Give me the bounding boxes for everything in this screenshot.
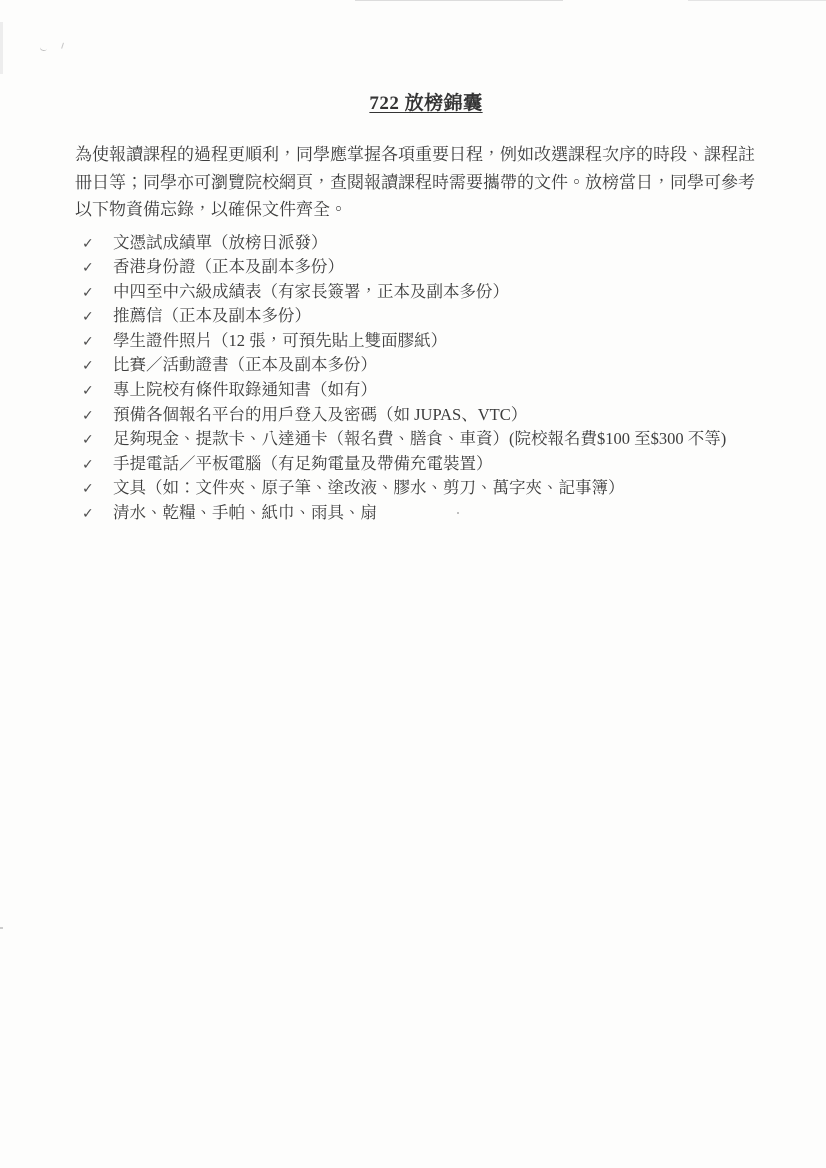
checklist-item: ✓ 清水、乾糧、手帕、紙巾、雨具、扇 bbox=[75, 501, 795, 526]
supplies-checklist: ✓ 文憑試成績單（放榜日派發） ✓ 香港身份證（正本及副本多份） ✓ 中四至中六… bbox=[75, 231, 795, 526]
checkmark-icon: ✓ bbox=[82, 502, 94, 527]
checkmark-icon: ✓ bbox=[82, 354, 94, 379]
checklist-item: ✓ 手提電話／平板電腦（有足夠電量及帶備充電裝置） bbox=[75, 452, 795, 477]
checklist-item-text: 香港身份證（正本及副本多份） bbox=[113, 257, 344, 276]
checklist-item: ✓ 香港身份證（正本及副本多份） bbox=[75, 255, 795, 280]
checkmark-icon: ✓ bbox=[82, 428, 94, 453]
intro-paragraph: 為使報讀課程的過程更順利，同學應掌握各項重要日程，例如改選課程次序的時段、課程註… bbox=[75, 141, 755, 224]
checklist-item: ✓ 預備各個報名平台的用戶登入及密碼（如 JUPAS、VTC） bbox=[75, 403, 795, 428]
checklist-item-text: 文具（如：文件夾、原子筆、塗改液、膠水、剪刀、萬字夾、記事簿） bbox=[113, 478, 625, 497]
checkmark-icon: ✓ bbox=[82, 379, 94, 404]
checklist-item-text: 清水、乾糧、手帕、紙巾、雨具、扇 bbox=[113, 503, 377, 522]
scan-artifact-speck bbox=[0, 927, 3, 929]
checklist-item: ✓ 文憑試成績單（放榜日派發） bbox=[75, 231, 795, 256]
checkmark-icon: ✓ bbox=[82, 477, 94, 502]
checklist-item: ✓ 足夠現金、提款卡、八達通卡（報名費、膳食、車資）(院校報名費$100 至$3… bbox=[75, 427, 795, 452]
checklist-item-text: 預備各個報名平台的用戶登入及密碼（如 JUPAS、VTC） bbox=[113, 405, 527, 424]
checkmark-icon: ✓ bbox=[82, 256, 94, 281]
checkmark-icon: ✓ bbox=[82, 453, 94, 478]
checklist-item-text: 學生證件照片（12 張，可預先貼上雙面膠紙） bbox=[113, 331, 447, 350]
checkmark-icon: ✓ bbox=[82, 232, 94, 257]
checklist-item: ✓ 中四至中六級成績表（有家長簽署，正本及副本多份） bbox=[75, 280, 795, 305]
page-title: 722 放榜錦囊 bbox=[13, 0, 826, 115]
checklist-item-text: 中四至中六級成績表（有家長簽署，正本及副本多份） bbox=[113, 282, 509, 301]
checklist-item-text: 文憑試成績單（放榜日派發） bbox=[113, 233, 328, 252]
checkmark-icon: ✓ bbox=[82, 330, 94, 355]
page-title-text: 722 放榜錦囊 bbox=[369, 93, 482, 114]
checklist-item-text: 手提電話／平板電腦（有足夠電量及帶備充電裝置） bbox=[113, 454, 493, 473]
scanned-document-page: 722 放榜錦囊 為使報讀課程的過程更順利，同學應掌握各項重要日程，例如改選課程… bbox=[0, 0, 826, 1168]
checklist-item: ✓ 推薦信（正本及副本多份） bbox=[75, 304, 795, 329]
checklist-item: ✓ 文具（如：文件夾、原子筆、塗改液、膠水、剪刀、萬字夾、記事簿） bbox=[75, 476, 795, 501]
checklist-item: ✓ 學生證件照片（12 張，可預先貼上雙面膠紙） bbox=[75, 329, 795, 354]
checkmark-icon: ✓ bbox=[82, 281, 94, 306]
checkmark-icon: ✓ bbox=[82, 305, 94, 330]
checklist-item: ✓ 專上院校有條件取錄通知書（如有） bbox=[75, 378, 795, 403]
checklist-item-text: 專上院校有條件取錄通知書（如有） bbox=[113, 380, 377, 399]
checklist-item-text: 比賽／活動證書（正本及副本多份） bbox=[113, 355, 377, 374]
checklist-item-text: 推薦信（正本及副本多份） bbox=[113, 306, 311, 325]
scan-artifact-edge-strip bbox=[0, 22, 3, 74]
checklist-item-text: 足夠現金、提款卡、八達通卡（報名費、膳食、車資）(院校報名費$100 至$300… bbox=[113, 429, 726, 448]
checklist-item: ✓ 比賽／活動證書（正本及副本多份） bbox=[75, 353, 795, 378]
checkmark-icon: ✓ bbox=[82, 404, 94, 429]
